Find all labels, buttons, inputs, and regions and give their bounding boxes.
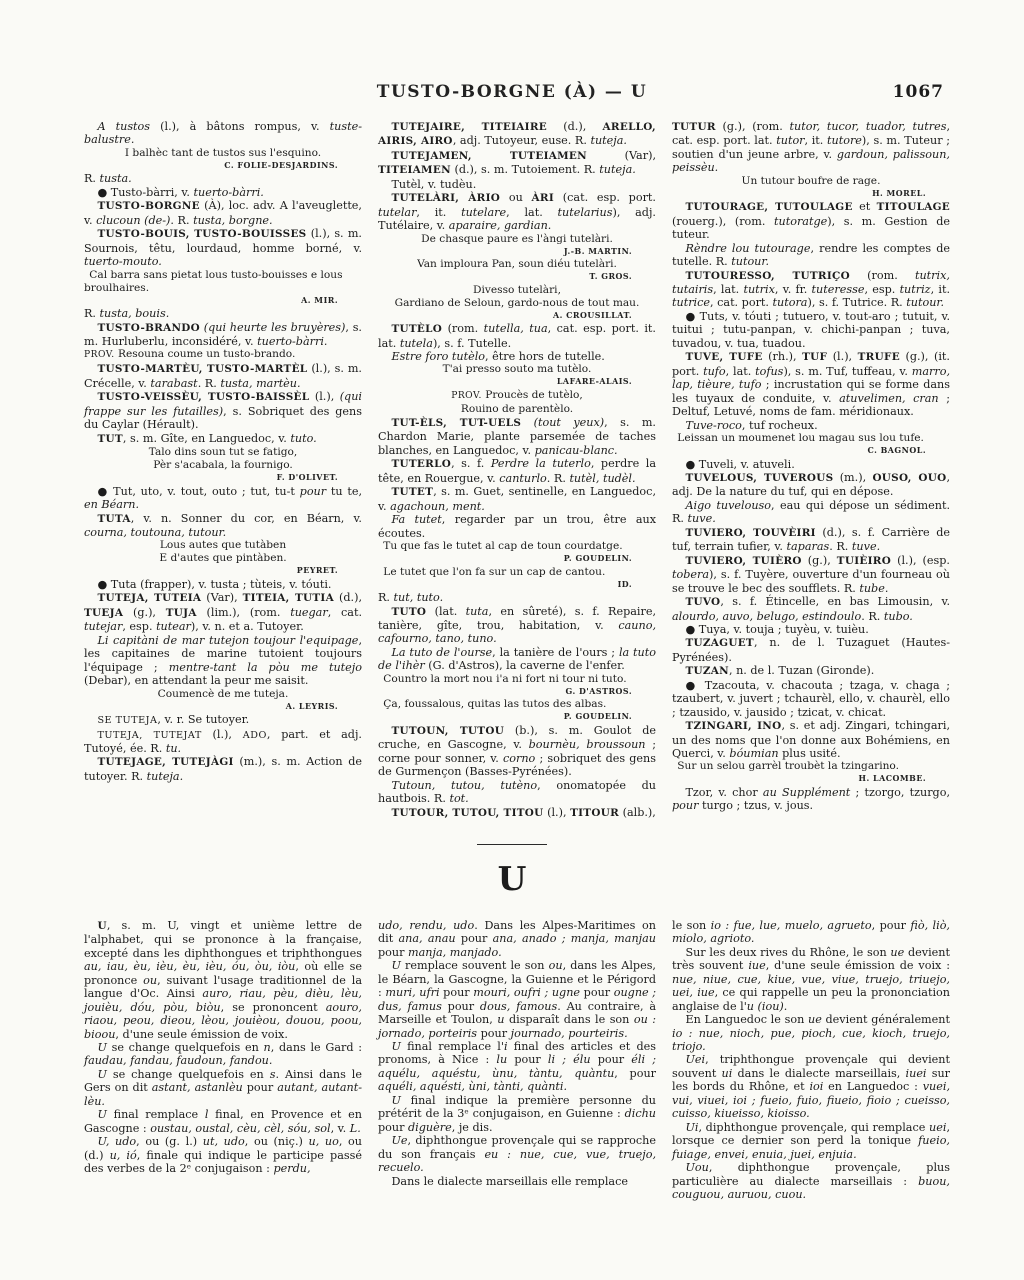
entries-column-2: TUTEJAIRE, TITEIAIRE (d.), ARELLO, AIRIS…: [378, 120, 656, 820]
paragraph-entry: TUTERLO, s. f. Perdre la tuterlo, perdre…: [378, 457, 656, 485]
paragraph-entry: U se change quelquefois en n, dans le Ga…: [84, 1041, 362, 1068]
paragraph-entry: TUZAGUET, n. de l. Tuzaguet (Hautes-Pyré…: [672, 636, 950, 664]
paragraph-entry: Tzor, v. chor au Supplément ; tzorgo, tz…: [672, 786, 950, 813]
paragraph-entry: Tutèl, v. tudèu.: [378, 178, 656, 191]
paragraph-entry: TUSTO-BOUIS, TUSTO-BOUISSES (l.), s. m. …: [84, 227, 362, 268]
section-divider-rule: [477, 844, 547, 845]
paragraph-entry: U, udo, ou (g. l.) ut, udo, ou (niç.) u,…: [84, 1135, 362, 1175]
paragraph-verse: I balhèc tant de tustos sus l'esquino.: [84, 147, 362, 160]
paragraph-cont: le son io : fue, lue, muelo, agrueto, po…: [672, 919, 950, 946]
paragraph-attr: F. D'OLIVET.: [84, 472, 362, 485]
paragraph-entry: U final indique la première personne du …: [378, 1094, 656, 1134]
paragraph-entry: SE TUTEJA, v. r. Se tutoyer.: [84, 713, 362, 727]
paragraph-verse: Talo dins soun tut se fatigo, Pèr s'acab…: [84, 446, 362, 472]
paragraph-entry: TUVO, s. f. Étincelle, en bas Limousin, …: [672, 595, 950, 623]
paragraph-entry: ● Tut, uto, v. tout, outo ; tut, tu-t po…: [84, 485, 362, 512]
paragraph-attr: C. BAGNOL.: [672, 445, 950, 458]
paragraph-entry: ● Tusto-bàrri, v. tuerto-bàrri.: [84, 186, 362, 199]
paragraph-cont: udo, rendu, udo. Dans les Alpes-Maritime…: [378, 919, 656, 959]
paragraph-quote: Cal barra sans pietat lous tusto-bouisse…: [84, 269, 362, 295]
paragraph-entry: TUTOURAGE, TUTOULAGE et TITOULAGE (rouer…: [672, 200, 950, 241]
paragraph-entry: ● Tuveli, v. atuveli.: [672, 458, 950, 471]
paragraph-cont: R. tusta, bouis.: [84, 307, 362, 320]
paragraph-entry: TUVE, TUFE (rh.), TUF (l.), TRUFE (g.), …: [672, 350, 950, 418]
paragraph-entry: TUTEJA, TUTEJAT (l.), ADO, part. et adj.…: [84, 728, 362, 756]
paragraph-entry: ● Tuta (frapper), v. tusta ; tùteis, v. …: [84, 578, 362, 591]
paragraph-cont: R. tusta.: [84, 172, 362, 185]
paragraph-entry: Uou, diphthongue provençale, plus partic…: [672, 1161, 950, 1201]
page-header: TUSTO-BORGNE (À) — U 1067: [0, 82, 1024, 110]
paragraph-verse: Van imploura Pan, soun diéu tutelàri.: [378, 258, 656, 271]
paragraph-attr: A. CROUSILLAT.: [378, 310, 656, 323]
paragraph-entry: TUVIERO, TOUVÈIRI (d.), s. f. Carrière d…: [672, 526, 950, 554]
paragraph-entry: TUT, s. m. Gîte, en Languedoc, v. tuto.: [84, 432, 362, 446]
entries-column-1: A tustos (l.), à bâtons rompus, v. tuste…: [84, 120, 362, 820]
u-column-3: le son io : fue, lue, muelo, agrueto, po…: [672, 919, 950, 1202]
paragraph-entry: Li capitàni de mar tutejon toujour l'equ…: [84, 634, 362, 688]
running-head: TUSTO-BORGNE (À) — U: [0, 82, 1024, 102]
paragraph-entry: TUZAN, n. de l. Tuzan (Gironde).: [672, 664, 950, 678]
paragraph-entry: Fa tutet, regarder par un trou, être aux…: [378, 513, 656, 540]
paragraph-cont: TUTUR (g.), (rom. tutor, tucor, tuador, …: [672, 120, 950, 175]
paragraph-entry: U remplace souvent le son ou, dans les A…: [378, 959, 656, 1040]
paragraph-entry: TUSTO-VEISSÈU, TUSTO-BAISSÈL (l.), (qui …: [84, 390, 362, 431]
dictionary-page-scan: TUSTO-BORGNE (À) — U 1067 A tustos (l.),…: [0, 0, 1024, 1280]
paragraph-entry: ● Tuya, v. touja ; tuyèu, v. tuièu.: [672, 623, 950, 636]
paragraph-entry: TUTEJAGE, TUTEJÀGI (m.), s. m. Action de…: [84, 755, 362, 783]
paragraph-entry: TUTET, s. m. Guet, sentinelle, en Langue…: [378, 485, 656, 513]
paragraph-entry: ● Tuts, v. tóuti ; tutuero, v. tout-aro …: [672, 310, 950, 350]
u-column-2: udo, rendu, udo. Dans les Alpes-Maritime…: [378, 919, 656, 1202]
paragraph-entry: La tuto de l'ourse, la tanière de l'ours…: [378, 646, 656, 673]
paragraph-quote: Le tutet que l'on fa sur un cap de canto…: [378, 566, 656, 579]
paragraph-cont: R. tut, tuto.: [378, 591, 656, 604]
paragraph-entry: U se change quelquefois en s. Ainsi dans…: [84, 1068, 362, 1108]
paragraph-provc: PROV. Proucès de tutèlo, Rouino de paren…: [378, 389, 656, 416]
paragraph-attr: H. MOREL.: [672, 188, 950, 201]
paragraph-entry: TUTOUN, TUTOU (b.), s. m. Goulot de cruc…: [378, 724, 656, 779]
paragraph-verse: Divesso tutelàri, Gardiano de Seloun, ga…: [378, 284, 656, 310]
paragraph-entry: Sur les deux rives du Rhône, le son ue d…: [672, 946, 950, 1013]
paragraph-quote: Countro la mort nou i'a ni fort ni tour …: [378, 673, 656, 686]
paragraph-entry: TUSTO-MARTÈU, TUSTO-MARTÈL (l.), s. m. C…: [84, 362, 362, 390]
paragraph-entry: TUTEJAIRE, TITEIAIRE (d.), ARELLO, AIRIS…: [378, 120, 656, 149]
paragraph-entry: TUTEJA, TUTEIA (Var), TITEIA, TUTIA (d.)…: [84, 591, 362, 633]
paragraph-entry: TUTÈLO (rom. tutella, tua, cat. esp. por…: [378, 322, 656, 350]
u-column-1: U, s. m. U, vingt et unième lettre de l'…: [84, 919, 362, 1202]
paragraph-quote: Leissan un moumenet lou magau sus lou tu…: [672, 432, 950, 445]
entries-section: A tustos (l.), à bâtons rompus, v. tuste…: [0, 120, 1024, 820]
paragraph-entry: Dans le dialecte marseillais elle rempla…: [378, 1175, 656, 1188]
paragraph-quote: Tu que fas le tutet al cap de toun courd…: [378, 540, 656, 553]
paragraph-verse: De chasque paure es l'àngi tutelàri.: [378, 233, 656, 246]
paragraph-attr: G. D'ASTROS.: [378, 686, 656, 699]
paragraph-entry: TUVIERO, TUIÈRO (g.), TUIÈIRO (l.), (esp…: [672, 554, 950, 595]
paragraph-quote: Ça, foussalous, quitas las tutos des alb…: [378, 698, 656, 711]
page-number: 1067: [893, 82, 944, 102]
section-letter-heading: U: [0, 861, 1024, 897]
paragraph-entry: A tustos (l.), à bâtons rompus, v. tuste…: [84, 120, 362, 147]
paragraph-attr: A. LEYRIS.: [84, 701, 362, 714]
paragraph-entry: U final remplace l final, en Provence et…: [84, 1108, 362, 1135]
paragraph-entry: TZINGARI, INO, s. et adj. Zingari, tchin…: [672, 719, 950, 760]
paragraph-entry: Tutoun, tutou, tutèno, onomatopée du hau…: [378, 779, 656, 806]
letter-u-section: U, s. m. U, vingt et unième lettre de l'…: [0, 919, 1024, 1202]
paragraph-quote: Sur un selou garrèl troubèt la tzingarin…: [672, 760, 950, 773]
paragraph-verse: Coumencè de me tuteja.: [84, 688, 362, 701]
paragraph-entry: Rèndre lou tutourage, rendre les comptes…: [672, 242, 950, 269]
paragraph-attr: J.-B. MARTIN.: [378, 246, 656, 259]
paragraph-entry: TUTEJAMEN, TUTEIAMEN (Var), TITEIAMEN (d…: [378, 149, 656, 178]
paragraph-attr: PEYRET.: [84, 565, 362, 578]
paragraph-attr: P. GOUDELIN.: [378, 711, 656, 724]
paragraph-entry: TUTO (lat. tuta, en sûreté), s. f. Repai…: [378, 605, 656, 646]
entries-column-3: TUTUR (g.), (rom. tutor, tucor, tuador, …: [672, 120, 950, 820]
paragraph-verse: Un tutour boufre de rage.: [672, 175, 950, 188]
paragraph-attr: A. MIR.: [84, 295, 362, 308]
paragraph-entry: ● Tzacouta, v. chacouta ; tzaga, v. chag…: [672, 679, 950, 719]
paragraph-entry: Ui, diphthongue provençale, qui remplace…: [672, 1121, 950, 1161]
paragraph-entry: U final remplace l'i final des articles …: [378, 1040, 656, 1094]
paragraph-attr: P. GOUDELIN.: [378, 553, 656, 566]
paragraph-entry: Estre foro tutèlo, être hors de tutelle.: [378, 350, 656, 363]
paragraph-prov: PROV. Resouna coume un tusto-brando.: [84, 348, 362, 362]
paragraph-entry: En Languedoc le son ue devient généralem…: [672, 1013, 950, 1053]
paragraph-entry: TUSTO-BRANDO (qui heurte les bruyères), …: [84, 321, 362, 349]
paragraph-verse: Lous autes que tutàben E d'autes que pin…: [84, 539, 362, 565]
paragraph-verse: T'ai presso souto ma tutèlo.: [378, 363, 656, 376]
paragraph-attr: T. GROS.: [378, 271, 656, 284]
paragraph-entry: TUT-ÈLS, TUT-UELS (tout yeux), s. m. Cha…: [378, 416, 656, 457]
paragraph-entry: TUTELÀRI, ÀRIO ou ÀRI (cat. esp. port. t…: [378, 191, 656, 232]
paragraph-attr: H. LACOMBE.: [672, 773, 950, 786]
paragraph-entry: TUVELOUS, TUVEROUS (m.), OUSO, OUO, adj.…: [672, 471, 950, 499]
paragraph-entry: Tuve-roco, tuf rocheux.: [672, 419, 950, 432]
paragraph-attr: ID.: [378, 579, 656, 592]
paragraph-entry: TUTOURESSO, TUTRIÇO (rom. tutrix, tutair…: [672, 269, 950, 310]
paragraph-entry: TUTA, v. n. Sonner du cor, en Béarn, v. …: [84, 512, 362, 540]
paragraph-attr: C. FOLIE-DESJARDINS.: [84, 160, 362, 173]
paragraph-entry: U, s. m. U, vingt et unième lettre de l'…: [84, 919, 362, 1041]
paragraph-entry: Uei, triphthongue provençale qui devient…: [672, 1053, 950, 1120]
paragraph-entry: TUSTO-BORGNE (À), loc. adv. A l'aveuglet…: [84, 199, 362, 227]
paragraph-entry: Ue, diphthongue provençale qui se rappro…: [378, 1134, 656, 1174]
paragraph-entry: TUTOUR, TUTOU, TITOU (l.), TITOUR (alb.)…: [378, 806, 656, 820]
paragraph-attr: LAFARE-ALAIS.: [378, 376, 656, 389]
paragraph-entry: Aigo tuvelouso, eau qui dépose un sédime…: [672, 499, 950, 526]
